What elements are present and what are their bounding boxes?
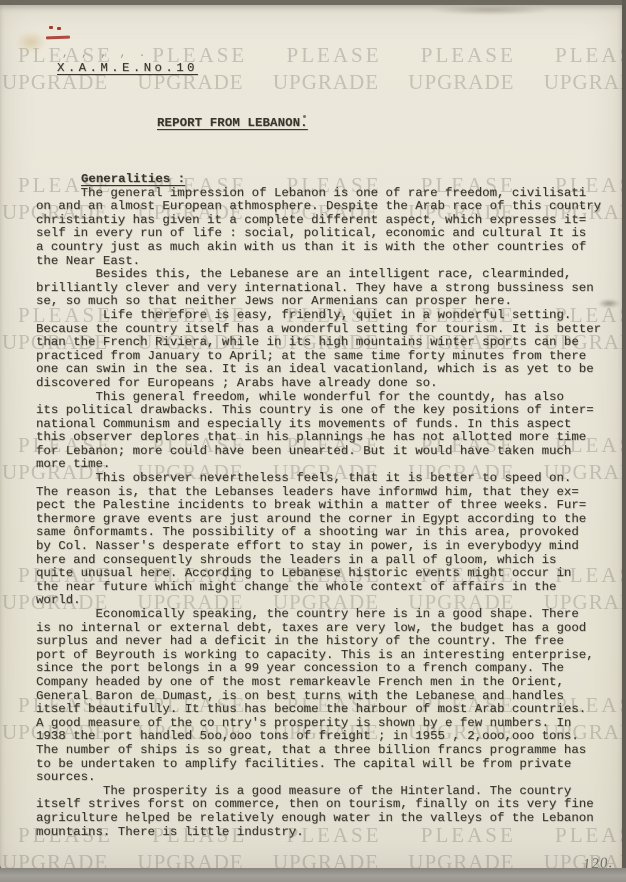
scanned-document-page: { "page": { "reference": "X.A.M.E.No.10"…	[0, 0, 626, 882]
stray-typed-marks: , , , , .	[62, 48, 148, 60]
paragraph: This observer nevertheless feels, that i…	[36, 472, 622, 608]
paper-stain	[16, 31, 46, 53]
paragraph: Life therefore is easy, friendly, quiet …	[36, 309, 622, 391]
paragraph: The general impression of Lebanon is one…	[36, 187, 622, 269]
paragraph: This general freedom, while wonderful fo…	[36, 391, 622, 473]
red-pencil-underline	[46, 36, 70, 40]
paper-stain	[430, 5, 550, 15]
red-pencil-mark	[49, 26, 53, 29]
document-body: Generalities : The general impression of…	[36, 173, 622, 839]
paper-sheet: PLEASE PLEASE PLEASE PLEASE PLEASEUPGRAD…	[0, 5, 622, 871]
paragraph: Economically speaking, the country here …	[36, 608, 622, 785]
paragraph: The prosperity is a good measure of the …	[36, 785, 622, 839]
document-title: REPORT FROM LEBANON.	[157, 116, 308, 130]
red-pencil-mark	[57, 27, 61, 30]
paragraph: Besides this, the Lebanese are an intell…	[36, 268, 622, 309]
scan-edge	[0, 868, 626, 882]
scan-edge	[622, 0, 626, 882]
document-reference: X.A.M.E.No.10	[57, 61, 198, 75]
section-heading: Generalities :	[36, 173, 622, 187]
